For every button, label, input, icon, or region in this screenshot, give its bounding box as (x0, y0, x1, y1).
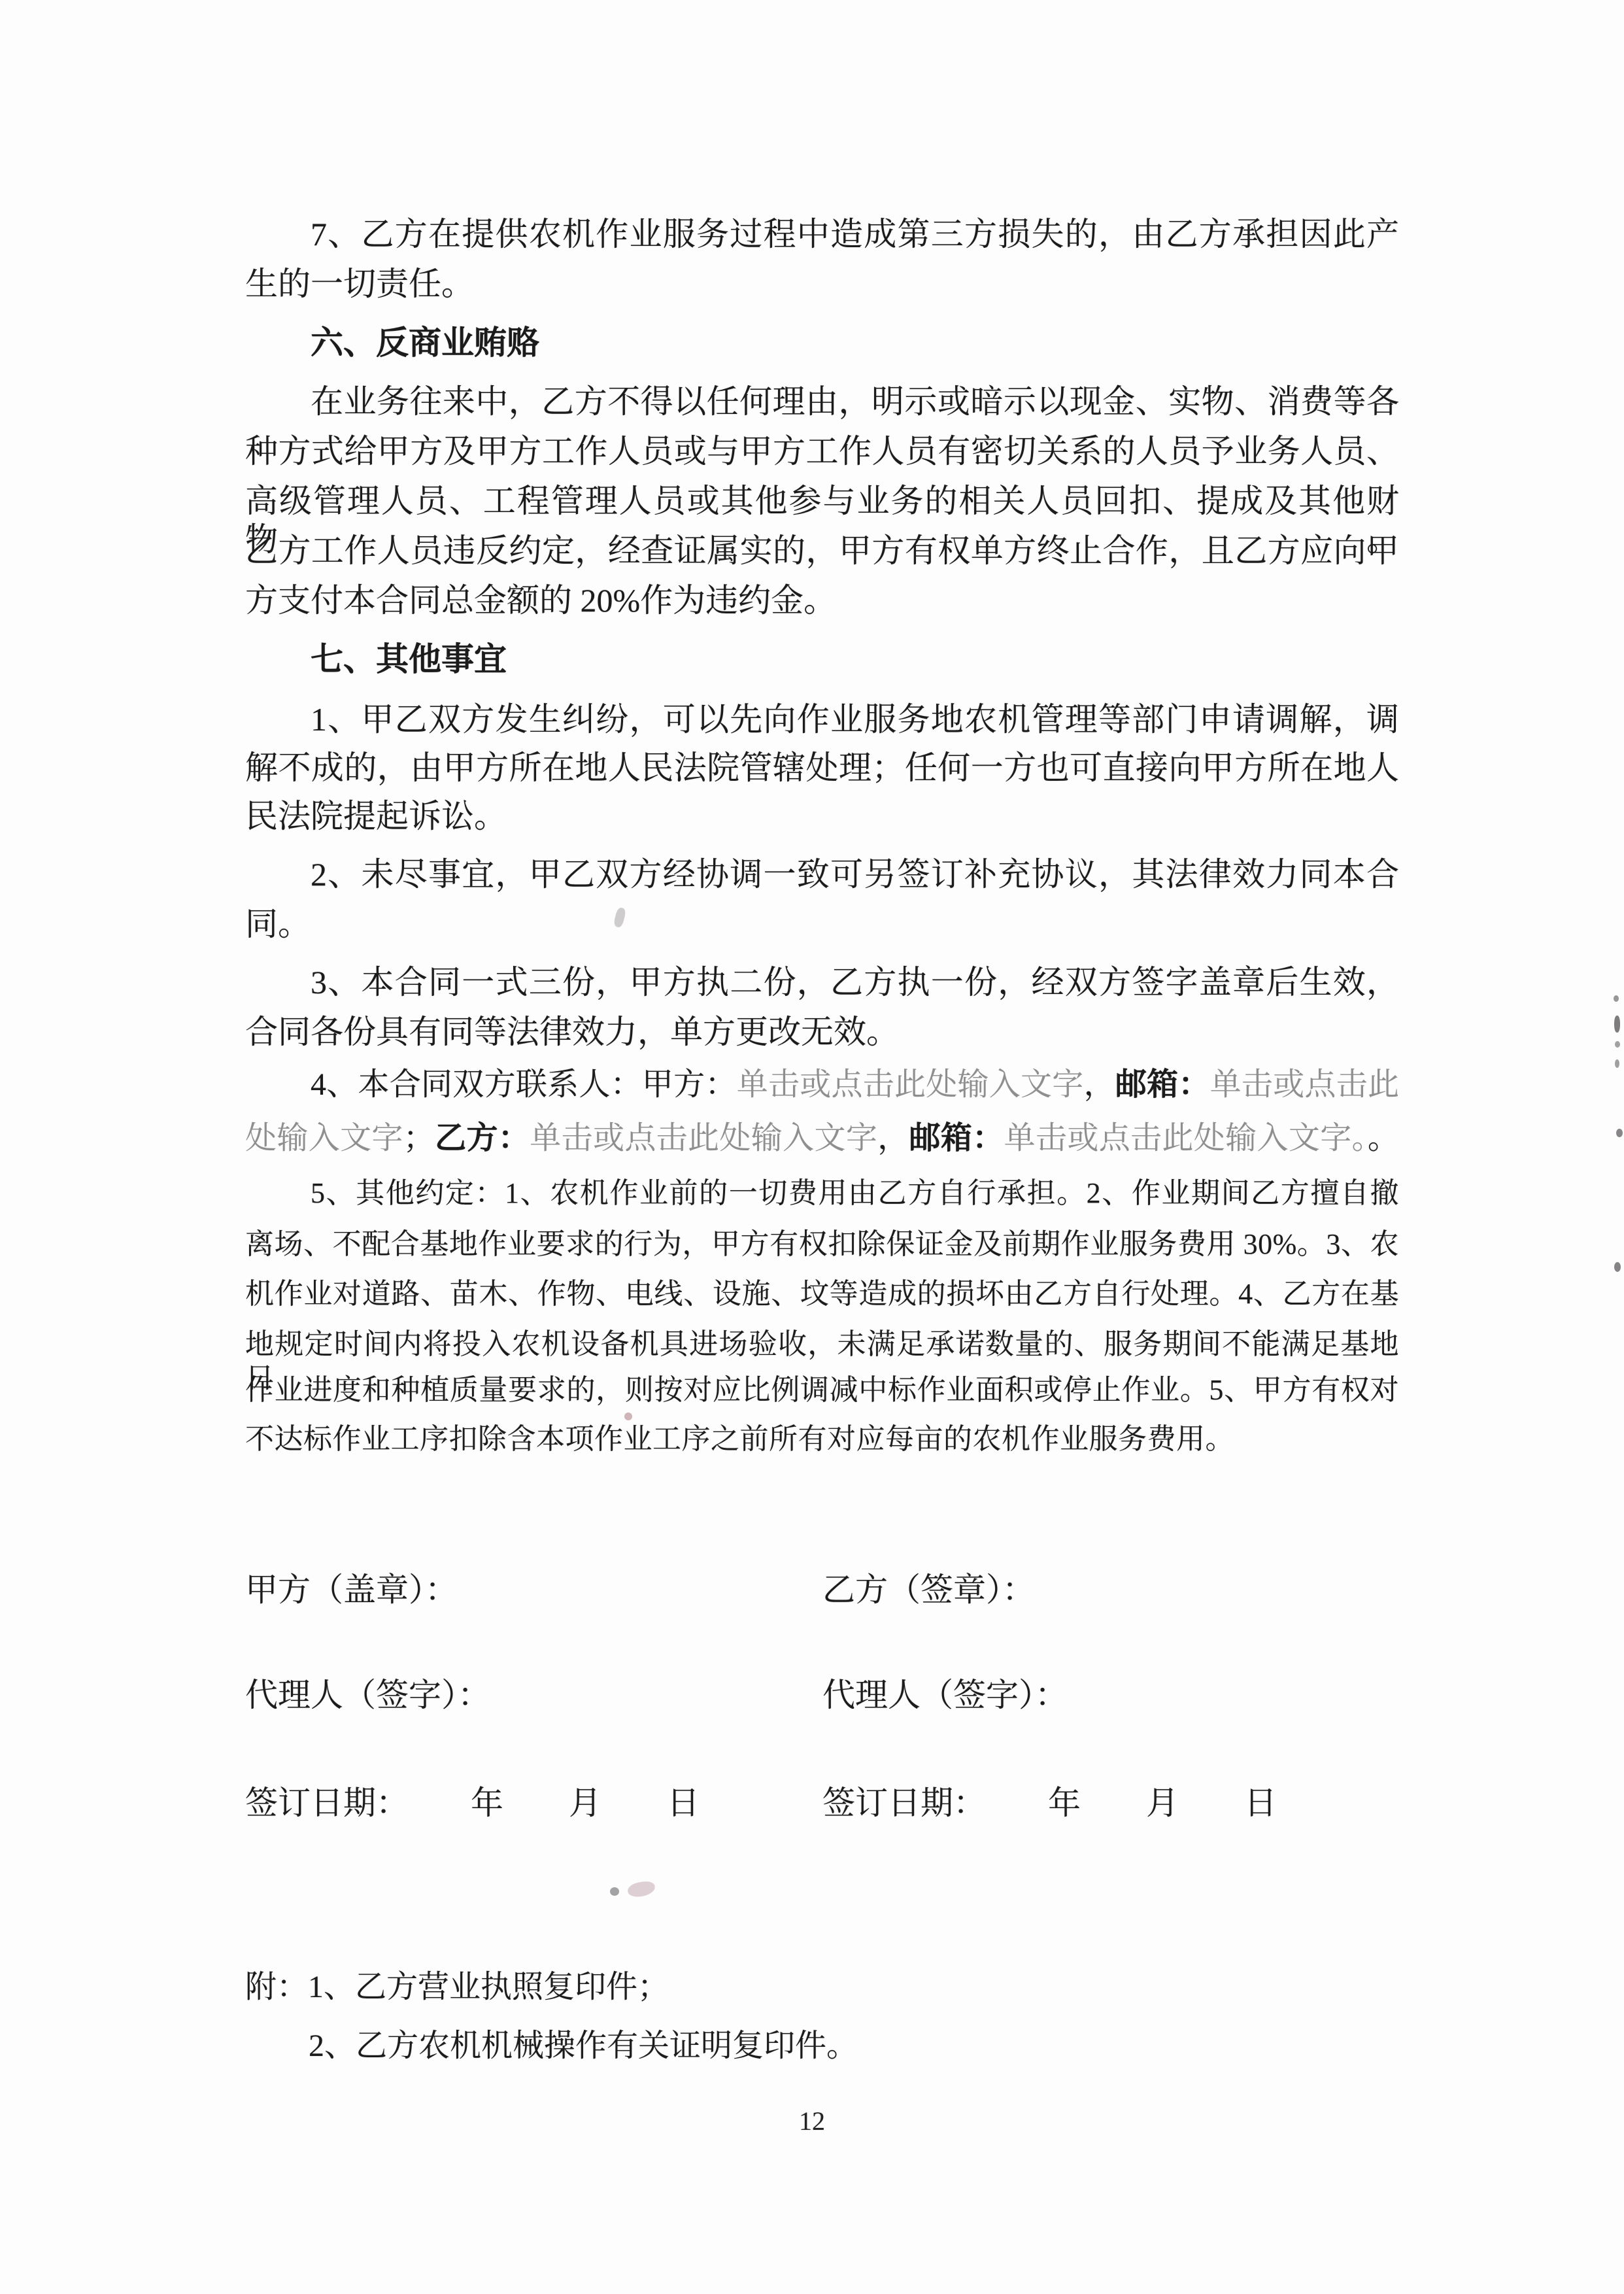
clause7-line1: 7、乙方在提供农机作业服务过程中造成第三方损失的，由乙方承担因此产 (245, 215, 1399, 254)
partyB-label: 乙方： (435, 1121, 530, 1156)
clause7-line2: 生的一切责任。 (245, 265, 1399, 303)
item1-line3: 民法院提起诉讼。 (245, 797, 1399, 836)
attachment-line1: 附：1、乙方营业执照复印件； (245, 1969, 1399, 2006)
partyB-date-label: 签订日期： (822, 1785, 986, 1821)
placeholder-field-partyB-email: 单击或点击此处输入文字。 (1004, 1121, 1368, 1156)
attachment-line2: 2、乙方农机机械操作有关证明复印件。 (309, 2028, 1399, 2065)
partyA-date-label: 签订日期： (245, 1785, 409, 1821)
placeholder-field-partyA-email-cont: 处输入文字 (245, 1121, 403, 1156)
scan-speck-edge (1614, 995, 1619, 1002)
day-label: 日 (1244, 1785, 1277, 1821)
email-label: 邮箱： (1115, 1067, 1210, 1102)
partyA-agent-label: 代理人（签字）： (245, 1676, 807, 1715)
page-number: 12 (0, 2106, 1624, 2136)
placeholder-field-partyA-email: 单击或点击此 (1210, 1067, 1399, 1102)
scan-speck (624, 1412, 632, 1420)
partyB-date-row: 签订日期：年月日 (822, 1784, 1411, 1823)
item4-period: 。 (1368, 1121, 1399, 1156)
scan-speck-edge (1614, 1262, 1621, 1272)
section6-line5: 方支付本合同总金额的 20%作为违约金。 (245, 581, 1399, 620)
item5-line5: 作业进度和种植质量要求的，则按对应比例调减中标作业面积或停止作业。5、甲方有权对 (245, 1373, 1399, 1407)
item3-line2: 合同各份具有同等法律效力，单方更改无效。 (245, 1013, 1399, 1052)
partyB-seal-label: 乙方（签章）： (822, 1571, 1411, 1609)
section7-heading: 七、其他事宜 (311, 640, 1399, 679)
placeholder-field-partyB-contact: 单击或点击此处输入文字 (530, 1121, 877, 1156)
scan-speck (610, 1887, 619, 1896)
item5-line6: 不达标作业工序扣除含本项作业工序之前所有对应每亩的农机作业服务费用。 (245, 1422, 1399, 1456)
item5-line2: 离场、不配合基地作业要求的行为，甲方有权扣除保证金及前期作业服务费用 30%。3… (245, 1227, 1399, 1261)
section6-line1: 在业务往来中，乙方不得以任何理由，明示或暗示以现金、实物、消费等各 (245, 383, 1399, 421)
section6-line2: 种方式给甲方及甲方工作人员或与甲方工作人员有密切关系的人员予业务人员、 (245, 432, 1399, 471)
month-label: 月 (569, 1785, 601, 1821)
month-label: 月 (1146, 1785, 1179, 1821)
scan-speck-edge (1616, 1129, 1623, 1137)
item2-line2: 同。 (245, 905, 1399, 944)
item4-line1: 4、本合同双方联系人：甲方：单击或点击此处输入文字，邮箱：单击或点击此 (245, 1067, 1399, 1104)
scan-speck-edge (1615, 1041, 1620, 1048)
item2-line1: 2、未尽事宜，甲乙双方经协调一致可另签订补充协议，其法律效力同本合 (245, 855, 1399, 894)
placeholder-field-partyA-contact: 单击或点击此处输入文字 (737, 1067, 1084, 1102)
item4-comma: ， (1084, 1067, 1115, 1102)
item5-line3: 机作业对道路、苗木、作物、电线、设施、坟等造成的损坏由乙方自行处理。4、乙方在基 (245, 1277, 1399, 1311)
partyB-agent-label: 代理人（签字）： (822, 1676, 1411, 1715)
scan-speck-edge (1614, 1016, 1620, 1033)
year-label: 年 (471, 1785, 503, 1821)
year-label: 年 (1048, 1785, 1081, 1821)
scan-speck (627, 1880, 656, 1898)
item4-comma2: ， (877, 1121, 909, 1156)
item1-line1: 1、甲乙双方发生纠纷，可以先向作业服务地农机管理等部门申请调解，调 (245, 700, 1399, 739)
day-label: 日 (667, 1785, 700, 1821)
section6-line4: 乙方工作人员违反约定，经查证属实的，甲方有权单方终止合作，且乙方应向甲 (245, 532, 1399, 570)
partyA-date-row: 签订日期：年月日 (245, 1784, 807, 1823)
scan-speck-edge (1615, 1059, 1619, 1068)
item1-line2: 解不成的，由甲方所在地人民法院管辖处理；任何一方也可直接向甲方所在地人 (245, 749, 1399, 787)
item4-line2: 处输入文字；乙方：单击或点击此处输入文字，邮箱：单击或点击此处输入文字。。 (245, 1120, 1399, 1157)
section6-heading: 六、反商业贿赂 (311, 324, 1399, 362)
item4-text: 4、本合同双方联系人：甲方： (311, 1067, 737, 1102)
item3-line1: 3、本合同一式三份，甲方执二份，乙方执一份，经双方签字盖章后生效， (245, 963, 1399, 1002)
item5-line1: 5、其他约定：1、农机作业前的一切费用由乙方自行承担。2、作业期间乙方擅自撤 (245, 1176, 1399, 1210)
item4-semicolon: ； (403, 1121, 435, 1156)
email-label2: 邮箱： (909, 1121, 1004, 1156)
contract-page-12: 7、乙方在提供农机作业服务过程中造成第三方损失的，由乙方承担因此产 生的一切责任… (0, 0, 1624, 2294)
partyA-seal-label: 甲方（盖章）： (245, 1571, 807, 1609)
